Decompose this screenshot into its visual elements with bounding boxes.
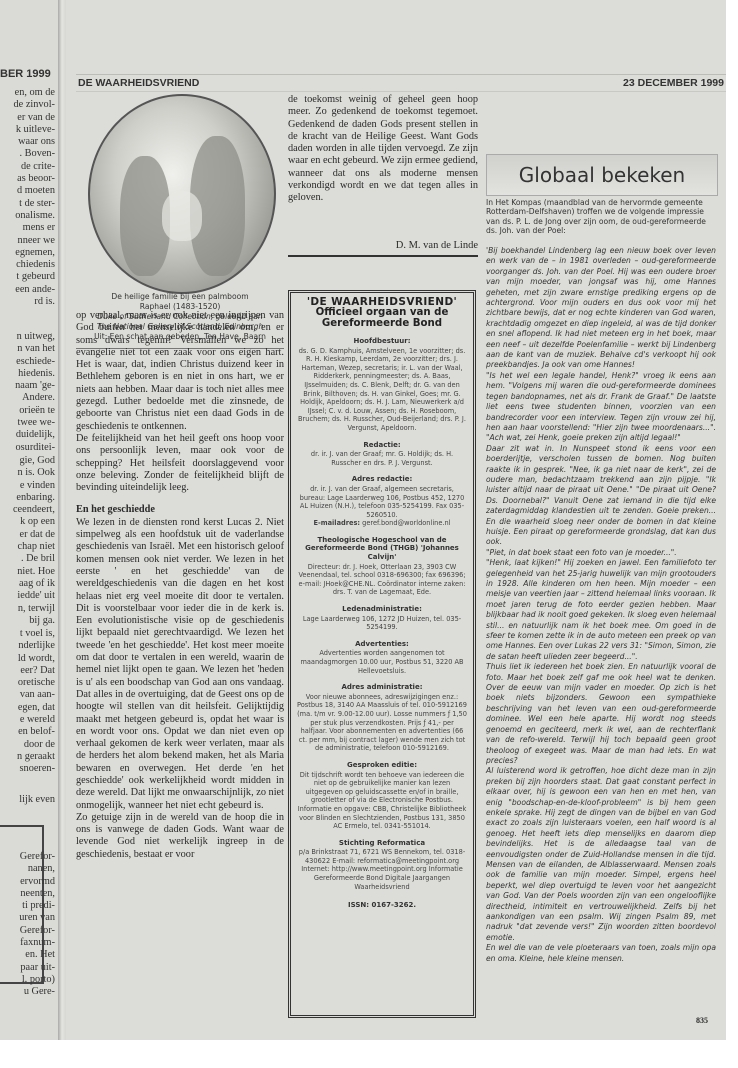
previous-page-text: n uitweg, n van het eschiede- hiedenis. …	[15, 331, 55, 454]
colophon-text: ds. G. D. Kamphuis, Amstelveen, 1e voorz…	[297, 347, 467, 433]
previous-page-text: lijk even	[19, 794, 55, 806]
email-link[interactable]: geref.bond@worldonline.nl	[362, 519, 450, 527]
caption-title: De heilige familie bij een palmboom	[76, 292, 284, 302]
holy-family-painting	[88, 94, 276, 294]
quote-paragraph: Daar zit wat in. In Nunspeet stond ik ee…	[486, 444, 716, 548]
painting-figure-child	[162, 191, 202, 241]
email-label: E-mailadres:	[313, 519, 360, 527]
colophon-text: dr. ir. J. van der Graaf; mr. G. Holdijk…	[297, 450, 467, 467]
article-subheading: En het geschiedde	[76, 504, 284, 516]
article-paragraph: de toekomst weinig of geheel geen hoop m…	[288, 94, 478, 205]
colophon-text: Dit tijdschrift wordt ten behoeve van ie…	[297, 771, 467, 831]
colophon-subtitle: Officieel orgaan van de Gereformeerde Bo…	[297, 308, 467, 329]
previous-page-header: BER 1999	[0, 68, 51, 80]
article-paragraph: De feitelijkheid van het heil geeft ons …	[76, 433, 284, 494]
running-header: DE WAARHEIDSVRIEND 23 DECEMBER 1999	[76, 74, 726, 92]
page-bottom-margin	[0, 1040, 738, 1068]
publication-name: DE WAARHEIDSVRIEND	[78, 77, 199, 89]
quote-paragraph: "Is het wel een legale handel, Henk?" vr…	[486, 371, 716, 444]
colophon-text: Directeur: dr. J. Hoek, Otterlaan 23, 39…	[297, 563, 467, 597]
section-intro: In Het Kompas (maandblad van de hervormd…	[486, 198, 716, 236]
colophon-text: Lage Laarderweg 106, 1272 JD Huizen, tel…	[297, 615, 467, 632]
colophon-box: 'DE WAARHEIDSVRIEND' Officieel orgaan va…	[288, 290, 476, 1018]
previous-page-text: en, om de de zinvol- er van de k uitleve…	[14, 87, 55, 308]
issue-date: 23 DECEMBER 1999	[623, 77, 724, 89]
quote-paragraph: 'Bij boekhandel Lindenberg lag een nieuw…	[486, 246, 716, 371]
article-column-2: de toekomst weinig of geheel geen hoop m…	[288, 94, 478, 205]
quote-paragraph: Thuis liet ik iedereen het boek zien. En…	[486, 662, 716, 766]
colophon-text: dr. ir. J. van der Graaf, algemeen secre…	[297, 485, 467, 519]
colophon-text: p/a Brinkstraat 71, 6721 WS Bennekom, te…	[297, 848, 467, 891]
issn-number: ISSN: 0167-3262.	[297, 901, 467, 910]
quoted-article-column: 'Bij boekhandel Lindenberg lag een nieuw…	[486, 246, 716, 964]
colophon-heading: Ledenadministratie:	[297, 605, 467, 614]
quote-paragraph: "Piet, in dat boek staat een foto van je…	[486, 548, 716, 558]
section-title: Globaal bekeken	[519, 163, 685, 187]
previous-page-strip: BER 1999 en, om de de zinvol- er van de …	[0, 0, 58, 1040]
author-signature: D. M. van de Linde	[288, 240, 478, 257]
quote-paragraph: "Henk, laat kijken!" Hij zoeken en jawel…	[486, 558, 716, 662]
magazine-page: DE WAARHEIDSVRIEND 23 DECEMBER 1999 De h…	[66, 0, 726, 1040]
previous-page-text: gie, God n is. Ook e vinden enbaring. ce…	[13, 455, 55, 627]
colophon-heading: Stichting Reformatica	[297, 839, 467, 848]
article-column-1: op verhaal, maar is er ook niet een ingr…	[76, 310, 284, 861]
colophon-heading: Theologische Hogeschool van de Gereforme…	[297, 536, 467, 562]
colophon-heading: Hoofdbestuur:	[297, 337, 467, 346]
colophon-heading: Adres redactie:	[297, 475, 467, 484]
page-number: 835	[696, 1016, 708, 1025]
article-paragraph: We lezen in de diensten rond kerst Lucas…	[76, 517, 284, 812]
colophon-text: Voor nieuwe abonnees, adreswijzigingen e…	[297, 693, 467, 753]
quote-paragraph: Al luisterend word ik getroffen, hoe dic…	[486, 766, 716, 943]
colophon-heading: Adres administratie:	[297, 683, 467, 692]
section-title-box: Globaal bekeken	[486, 154, 718, 196]
article-paragraph: Zo getuige zijn in de wereld van de hoop…	[76, 812, 284, 861]
colophon-heading: Advertenties:	[297, 640, 467, 649]
article-paragraph: op verhaal, maar is er ook niet een ingr…	[76, 310, 284, 433]
quote-paragraph: En wel die van de vele ploeteraars van t…	[486, 943, 716, 964]
previous-page-box-text: Gerefor- nanen, ervormd neenten, ti pred…	[17, 851, 55, 999]
colophon-heading: Gesproken editie:	[297, 761, 467, 770]
colophon-text: Advertenties worden aangenomen tot maand…	[297, 649, 467, 675]
previous-page-text: t voel is, nderlijke ld wordt, eer? Dat …	[17, 628, 55, 776]
colophon-heading: Redactie:	[297, 441, 467, 450]
